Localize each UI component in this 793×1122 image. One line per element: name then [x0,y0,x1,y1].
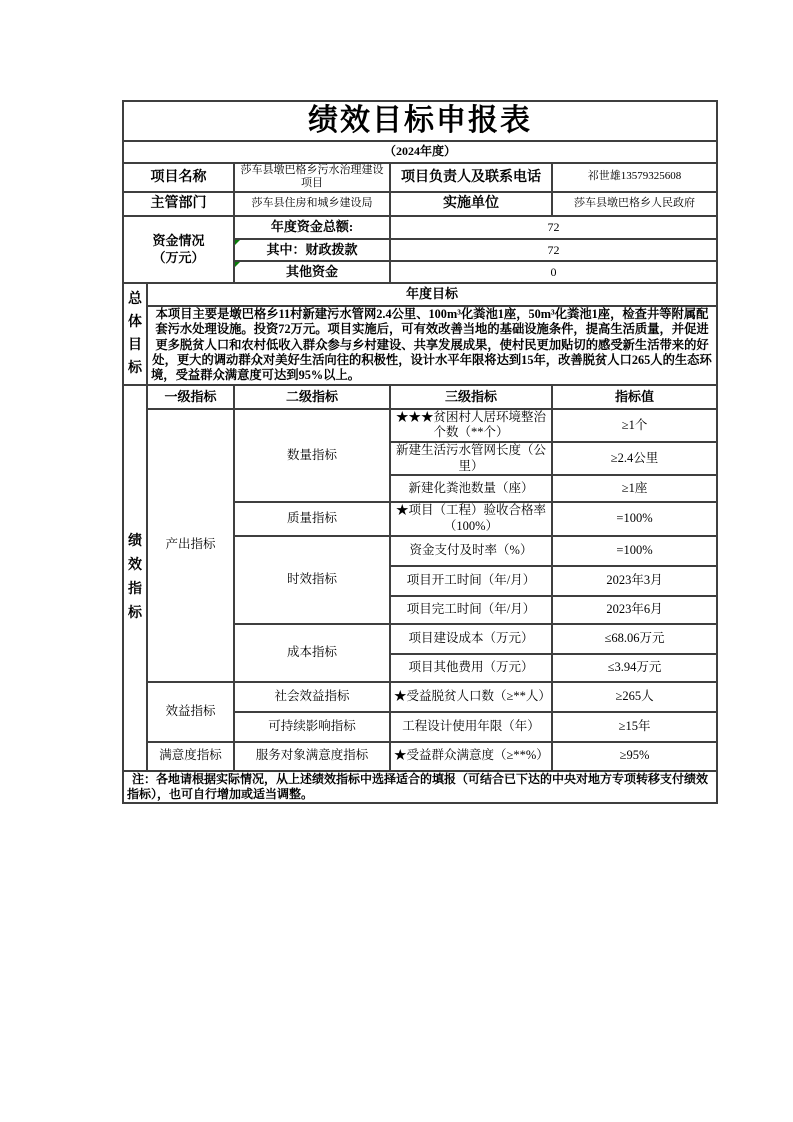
footer-note: 注：各地请根据实际情况，从上述绩效指标中选择适合的填报（可结合已下达的中央对地方… [123,771,717,803]
indicators-side-label: 绩效指标 [127,530,143,626]
indicator-value-cell: =100% [552,502,717,535]
indicator-value-cell: 2023年3月 [552,566,717,596]
overall-goal-side-label: 总体目标 [127,288,143,380]
funding-fiscal-value: 72 [390,239,717,261]
comment-flag-icon [235,262,240,267]
form-title: 绩效目标申报表 [123,101,717,141]
manager-label: 项目负责人及联系电话 [390,163,552,193]
indicator-l3-cell: 项目完工时间（年/月） [390,596,552,624]
indicator-l3-cell: 资金支付及时率（%） [390,536,552,566]
indicator-l3-cell: 新建化粪池数量（座） [390,475,552,502]
impl-value: 莎车县墩巴格乡人民政府 [552,192,717,216]
indicator-l3-cell: ★受益脱贫人口数（≥**人） [390,682,552,712]
indicator-l3-cell: ★项目（工程）验收合格率（100%） [390,502,552,535]
funding-fiscal-label-text: 其中：财政拨款 [266,242,357,257]
indicator-l2-cell: 时效指标 [234,536,390,624]
funding-other-label: 其他资金 [234,261,390,283]
indicator-l1-cell: 产出指标 [147,409,234,682]
indicator-row: 产出指标 数量指标 ★★★贫困村人居环境整治个数（**个） ≥1个 [123,409,717,442]
funding-fiscal-label: 其中：财政拨款 [234,239,390,261]
indicator-header-level3: 三级指标 [390,385,552,409]
dept-value: 莎车县住房和城乡建设局 [234,192,390,216]
indicator-l3-cell: 新建生活污水管网长度（公里） [390,442,552,475]
project-name-label: 项目名称 [123,163,234,193]
funding-other-label-text: 其他资金 [286,264,338,279]
indicator-header-level1: 一级指标 [147,385,234,409]
indicator-value-cell: ≥1个 [552,409,717,442]
overall-goal-side-label-cell: 总体目标 [123,283,147,385]
indicator-l3-cell: 项目建设成本（万元） [390,624,552,654]
indicator-value-cell: ≥2.4公里 [552,442,717,475]
indicator-value-cell: ≤68.06万元 [552,624,717,654]
annual-goal-header: 年度目标 [147,283,717,306]
manager-value: 祁世雄13579325608 [552,163,717,193]
indicator-l2-cell: 质量指标 [234,502,390,535]
indicators-side-label-cell: 绩效指标 [123,385,147,771]
indicator-l2-cell: 社会效益指标 [234,682,390,712]
indicator-l2-cell: 可持续影响指标 [234,712,390,742]
indicator-value-cell: ≤3.94万元 [552,654,717,682]
indicator-l1-cell: 效益指标 [147,682,234,742]
indicator-l3-cell: 项目其他费用（万元） [390,654,552,682]
indicator-row: 满意度指标 服务对象满意度指标 ★受益群众满意度（≥**%） ≥95% [123,742,717,771]
indicator-value-cell: 2023年6月 [552,596,717,624]
dept-label: 主管部门 [123,192,234,216]
indicator-l3-cell: 项目开工时间（年/月） [390,566,552,596]
project-name-value: 莎车县墩巴格乡污水治理建设项目 [234,163,390,193]
performance-target-form: 绩效目标申报表 （2024年度） 项目名称 莎车县墩巴格乡污水治理建设项目 项目… [122,100,718,804]
indicator-value-cell: ≥1座 [552,475,717,502]
indicator-value-cell: =100% [552,536,717,566]
funding-label-line2: （万元） [127,250,230,266]
indicator-value-cell: ≥15年 [552,712,717,742]
funding-total-value: 72 [390,216,717,239]
indicator-l2-cell: 成本指标 [234,624,390,682]
funding-label-line1: 资金情况 [127,233,230,249]
annual-goal-text: 本项目主要是墩巴格乡11村新建污水管网2.4公里、100m³化粪池1座，50m³… [147,306,717,385]
indicator-row: 效益指标 社会效益指标 ★受益脱贫人口数（≥**人） ≥265人 [123,682,717,712]
indicator-value-cell: ≥95% [552,742,717,771]
form-subtitle: （2024年度） [123,141,717,163]
funding-other-value: 0 [390,261,717,283]
indicator-l3-cell: 工程设计使用年限（年） [390,712,552,742]
indicator-l3-cell: ★受益群众满意度（≥**%） [390,742,552,771]
funding-total-label: 年度资金总额: [234,216,390,239]
impl-label: 实施单位 [390,192,552,216]
indicator-value-cell: ≥265人 [552,682,717,712]
indicator-header-value: 指标值 [552,385,717,409]
indicator-l2-cell: 服务对象满意度指标 [234,742,390,771]
document-page: 绩效目标申报表 （2024年度） 项目名称 莎车县墩巴格乡污水治理建设项目 项目… [0,0,793,1122]
comment-flag-icon [235,240,240,245]
funding-label: 资金情况 （万元） [123,216,234,283]
indicator-l1-cell: 满意度指标 [147,742,234,771]
indicator-l3-cell: ★★★贫困村人居环境整治个数（**个） [390,409,552,442]
indicator-l2-cell: 数量指标 [234,409,390,503]
indicator-header-level2: 二级指标 [234,385,390,409]
